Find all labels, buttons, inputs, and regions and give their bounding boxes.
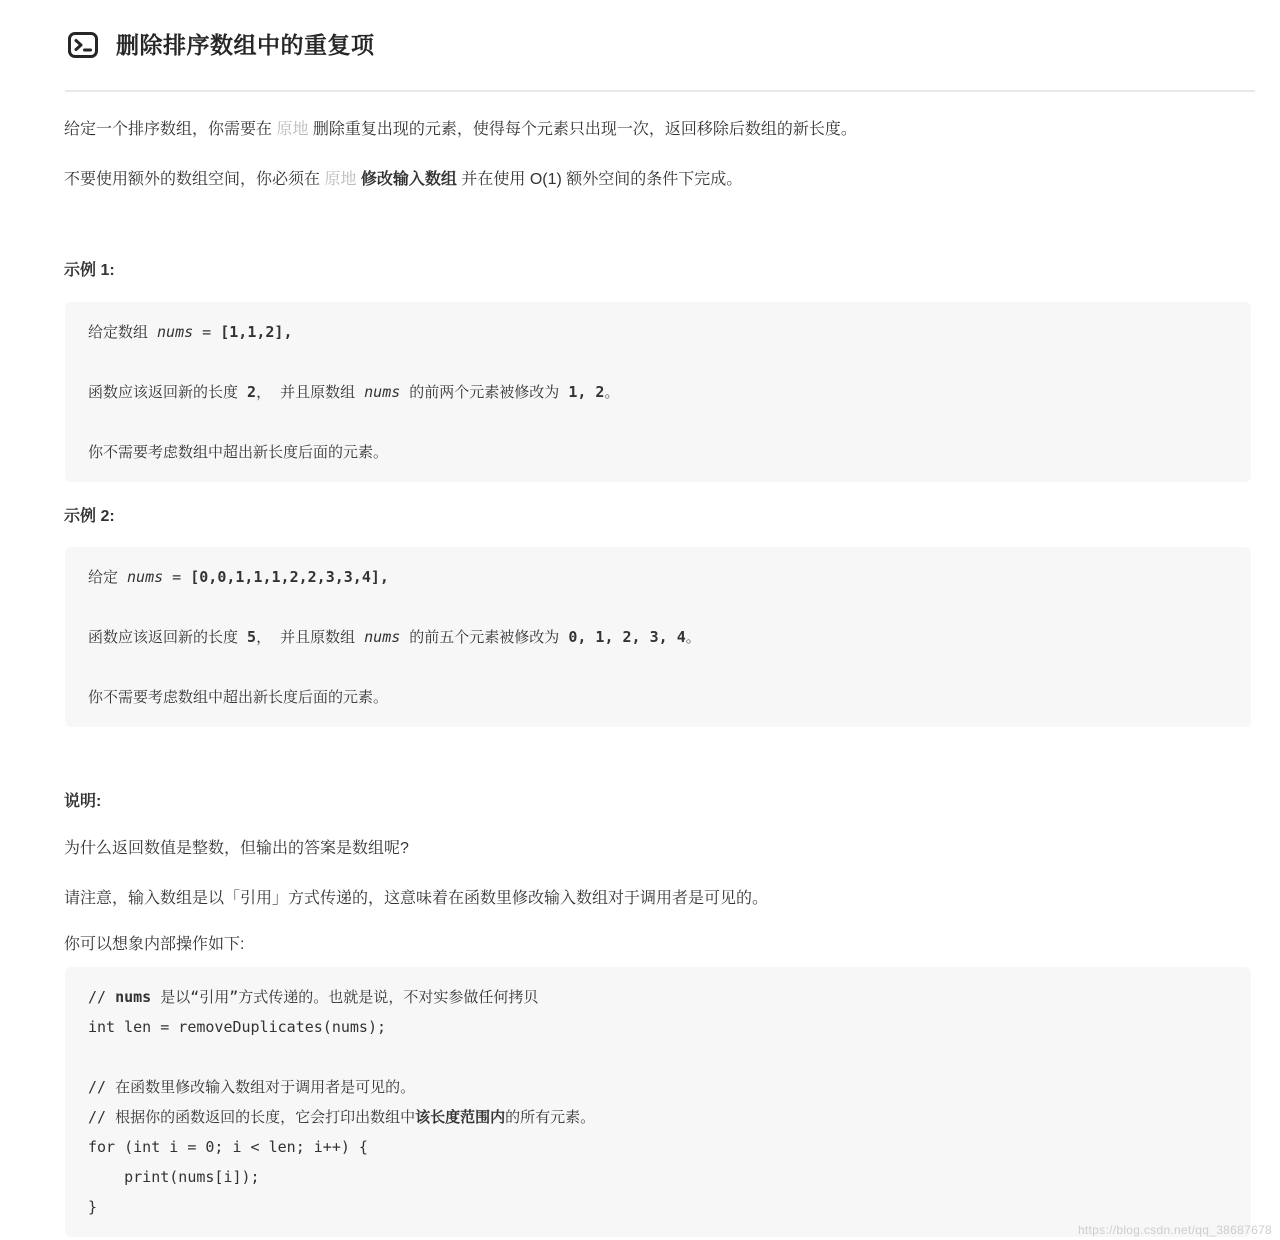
text-segment: 你不需要考虑数组中超出新长度后面的元素。: [88, 688, 388, 706]
text-segment: =: [163, 568, 190, 586]
title-row: 删除排序数组中的重复项: [0, 0, 1280, 62]
divider: [65, 90, 1255, 92]
code-line: 函数应该返回新的长度 2， 并且原数组 nums 的前两个元素被修改为 1, 2…: [88, 377, 1228, 407]
text-segment: 该长度范围内: [415, 1108, 505, 1126]
text-segment: 的所有元素。: [505, 1108, 595, 1126]
notes-heading: 说明:: [64, 791, 1216, 812]
example1-heading: 示例 1:: [64, 260, 1216, 281]
text-segment: nums: [364, 628, 400, 646]
code-line: // 在函数里修改输入数组对于调用者是可见的。: [88, 1072, 1228, 1102]
text-segment: for (int i = 0; i < len; i++) {: [88, 1138, 368, 1156]
text-segment: 给定数组: [88, 323, 157, 341]
example2-code-block: 给定 nums = [0,0,1,1,1,2,2,3,3,4], 函数应该返回新…: [65, 547, 1251, 727]
example2-heading: 示例 2:: [64, 506, 1216, 527]
text-segment: 是以“引用”方式传递的。也就是说，不对实参做任何拷贝: [151, 988, 538, 1006]
code-line: 给定 nums = [0,0,1,1,1,2,2,3,3,4],: [88, 562, 1228, 592]
text-segment: 不要使用额外的数组空间，你必须在: [64, 171, 324, 188]
text-segment: 5: [247, 628, 256, 646]
text-segment: [1,1,2],: [220, 323, 292, 341]
code-line: print(nums[i]);: [88, 1162, 1228, 1192]
notes-paragraph-3: 你可以想象内部操作如下:: [64, 934, 1216, 955]
code-line: // nums 是以“引用”方式传递的。也就是说，不对实参做任何拷贝: [88, 982, 1228, 1012]
text-segment: 给定一个排序数组，你需要在: [64, 121, 276, 138]
notes-code-block: // nums 是以“引用”方式传递的。也就是说，不对实参做任何拷贝int le…: [65, 967, 1251, 1237]
text-segment: 0, 1, 2, 3, 4: [568, 628, 685, 646]
page-title: 删除排序数组中的重复项: [116, 28, 375, 62]
code-line: }: [88, 1192, 1228, 1222]
inplace-link[interactable]: 原地: [276, 121, 308, 138]
text-segment: 。: [686, 628, 701, 646]
text-segment: nums: [157, 323, 193, 341]
text-segment: //: [88, 988, 115, 1006]
text-segment: 给定: [88, 568, 127, 586]
text-segment: [0,0,1,1,1,2,2,3,3,4],: [190, 568, 389, 586]
text-segment: int len = removeDuplicates(nums);: [88, 1018, 386, 1036]
text-segment: 。: [604, 383, 619, 401]
text-segment: nums: [364, 383, 400, 401]
code-line: [88, 1042, 1228, 1072]
code-line: 你不需要考虑数组中超出新长度后面的元素。: [88, 682, 1228, 712]
description-paragraph-1: 给定一个排序数组，你需要在 原地 删除重复出现的元素，使得每个元素只出现一次，返…: [64, 119, 1216, 140]
code-line: [88, 652, 1228, 682]
code-line: [88, 347, 1228, 377]
text-segment: ， 并且原数组: [256, 383, 364, 401]
code-line: [88, 407, 1228, 437]
text-segment: }: [88, 1198, 97, 1216]
text-segment: 删除重复出现的元素，使得每个元素只出现一次，返回移除后数组的新长度。: [308, 121, 856, 138]
text-segment: 的前两个元素被修改为: [400, 383, 568, 401]
watermark-url: https://blog.csdn.net/qq_38687678: [1078, 1223, 1272, 1237]
text-segment: 函数应该返回新的长度: [88, 628, 247, 646]
notes-paragraph-1: 为什么返回数值是整数，但输出的答案是数组呢?: [64, 838, 1216, 859]
text-segment: 的前五个元素被修改为: [400, 628, 568, 646]
text-segment: nums: [115, 988, 151, 1006]
code-line: 函数应该返回新的长度 5， 并且原数组 nums 的前五个元素被修改为 0, 1…: [88, 622, 1228, 652]
code-line: for (int i = 0; i < len; i++) {: [88, 1132, 1228, 1162]
text-segment: // 在函数里修改输入数组对于调用者是可见的。: [88, 1078, 415, 1096]
text-segment: ， 并且原数组: [256, 628, 364, 646]
text-segment: 你不需要考虑数组中超出新长度后面的元素。: [88, 443, 388, 461]
code-line: // 根据你的函数返回的长度，它会打印出数组中该长度范围内的所有元素。: [88, 1102, 1228, 1132]
inplace-link[interactable]: 原地: [324, 171, 356, 188]
text-segment: 并在使用 O(1) 额外空间的条件下完成。: [457, 171, 742, 188]
text-segment: 修改输入数组: [361, 171, 457, 188]
notes-paragraph-2: 请注意，输入数组是以「引用」方式传递的，这意味着在函数里修改输入数组对于调用者是…: [64, 888, 1216, 909]
code-line: 你不需要考虑数组中超出新长度后面的元素。: [88, 437, 1228, 467]
text-segment: // 根据你的函数返回的长度，它会打印出数组中: [88, 1108, 415, 1126]
code-line: [88, 592, 1228, 622]
text-segment: 1, 2: [568, 383, 604, 401]
code-line: int len = removeDuplicates(nums);: [88, 1012, 1228, 1042]
text-segment: nums: [127, 568, 163, 586]
example1-code-block: 给定数组 nums = [1,1,2], 函数应该返回新的长度 2， 并且原数组…: [65, 302, 1251, 482]
code-line: 给定数组 nums = [1,1,2],: [88, 317, 1228, 347]
terminal-icon: [68, 32, 98, 58]
description-paragraph-2: 不要使用额外的数组空间，你必须在 原地 修改输入数组 并在使用 O(1) 额外空…: [64, 169, 1216, 190]
text-segment: 函数应该返回新的长度: [88, 383, 247, 401]
text-segment: 2: [247, 383, 256, 401]
text-segment: print(nums[i]);: [88, 1168, 260, 1186]
text-segment: =: [193, 323, 220, 341]
